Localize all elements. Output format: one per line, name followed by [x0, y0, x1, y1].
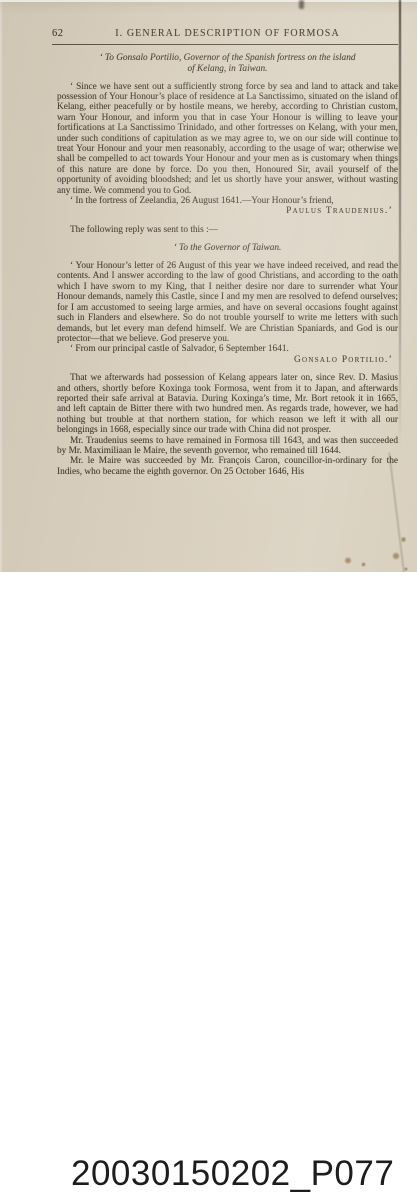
page-paper: 62 I. GENERAL DESCRIPTION OF FORMOSA ‘ T… — [0, 0, 417, 572]
catalog-strip: 20030150202_P077 — [0, 572, 417, 640]
scan-edge-highlight — [0, 0, 417, 2]
letter1-dateline: ‘ In the fortress of Zeelandia, 26 Augus… — [57, 196, 398, 206]
foxing-spot — [361, 562, 366, 567]
spine-crease — [399, 0, 401, 448]
paragraph-kelang-possession: That we afterwards had possession of Kel… — [57, 373, 398, 435]
scanned-book-page: 62 I. GENERAL DESCRIPTION OF FORMOSA ‘ T… — [0, 0, 417, 640]
foxing-spot — [404, 567, 408, 571]
letter2-dateline: ‘ From our principal castle of Salvador,… — [57, 344, 398, 354]
page-header: 62 I. GENERAL DESCRIPTION OF FORMOSA — [57, 29, 398, 41]
letter1-body: ‘ Since we have sent out a sufficiently … — [57, 82, 398, 196]
foxing-spot — [344, 557, 352, 564]
foxing-spot — [392, 552, 400, 560]
letter2-signature: Gonsalo Portilio.’ — [57, 355, 398, 365]
scan-smudge — [299, 0, 304, 9]
header-rule — [52, 44, 398, 45]
letter2-body: ‘ Your Honour’s letter of 26 August of t… — [57, 261, 398, 344]
letter1-heading: ‘ To Gonsalo Portilio, Governor of the S… — [57, 53, 398, 75]
letter1-heading-line1: ‘ To Gonsalo Portilio, Governor of the S… — [57, 53, 398, 64]
letter1-heading-line2: of Kelang, in Taiwan. — [57, 64, 398, 75]
paragraph-traudenius-succession: Mr. Traudenius seems to have remained in… — [57, 436, 398, 457]
page-number: 62 — [52, 29, 64, 39]
paragraph-lemaire-caron: Mr. le Maire was succeeded by Mr. Franço… — [57, 456, 398, 477]
running-title: I. GENERAL DESCRIPTION OF FORMOSA — [115, 28, 340, 39]
letter1-signature: Paulus Traudenius.’ — [57, 206, 398, 216]
letter2-heading: ‘ To the Governor of Taiwan. — [57, 243, 398, 254]
foxing-spot — [401, 536, 406, 543]
printed-text-block: 62 I. GENERAL DESCRIPTION OF FORMOSA ‘ T… — [57, 29, 398, 477]
reply-intro: The following reply was sent to this :— — [57, 225, 398, 235]
